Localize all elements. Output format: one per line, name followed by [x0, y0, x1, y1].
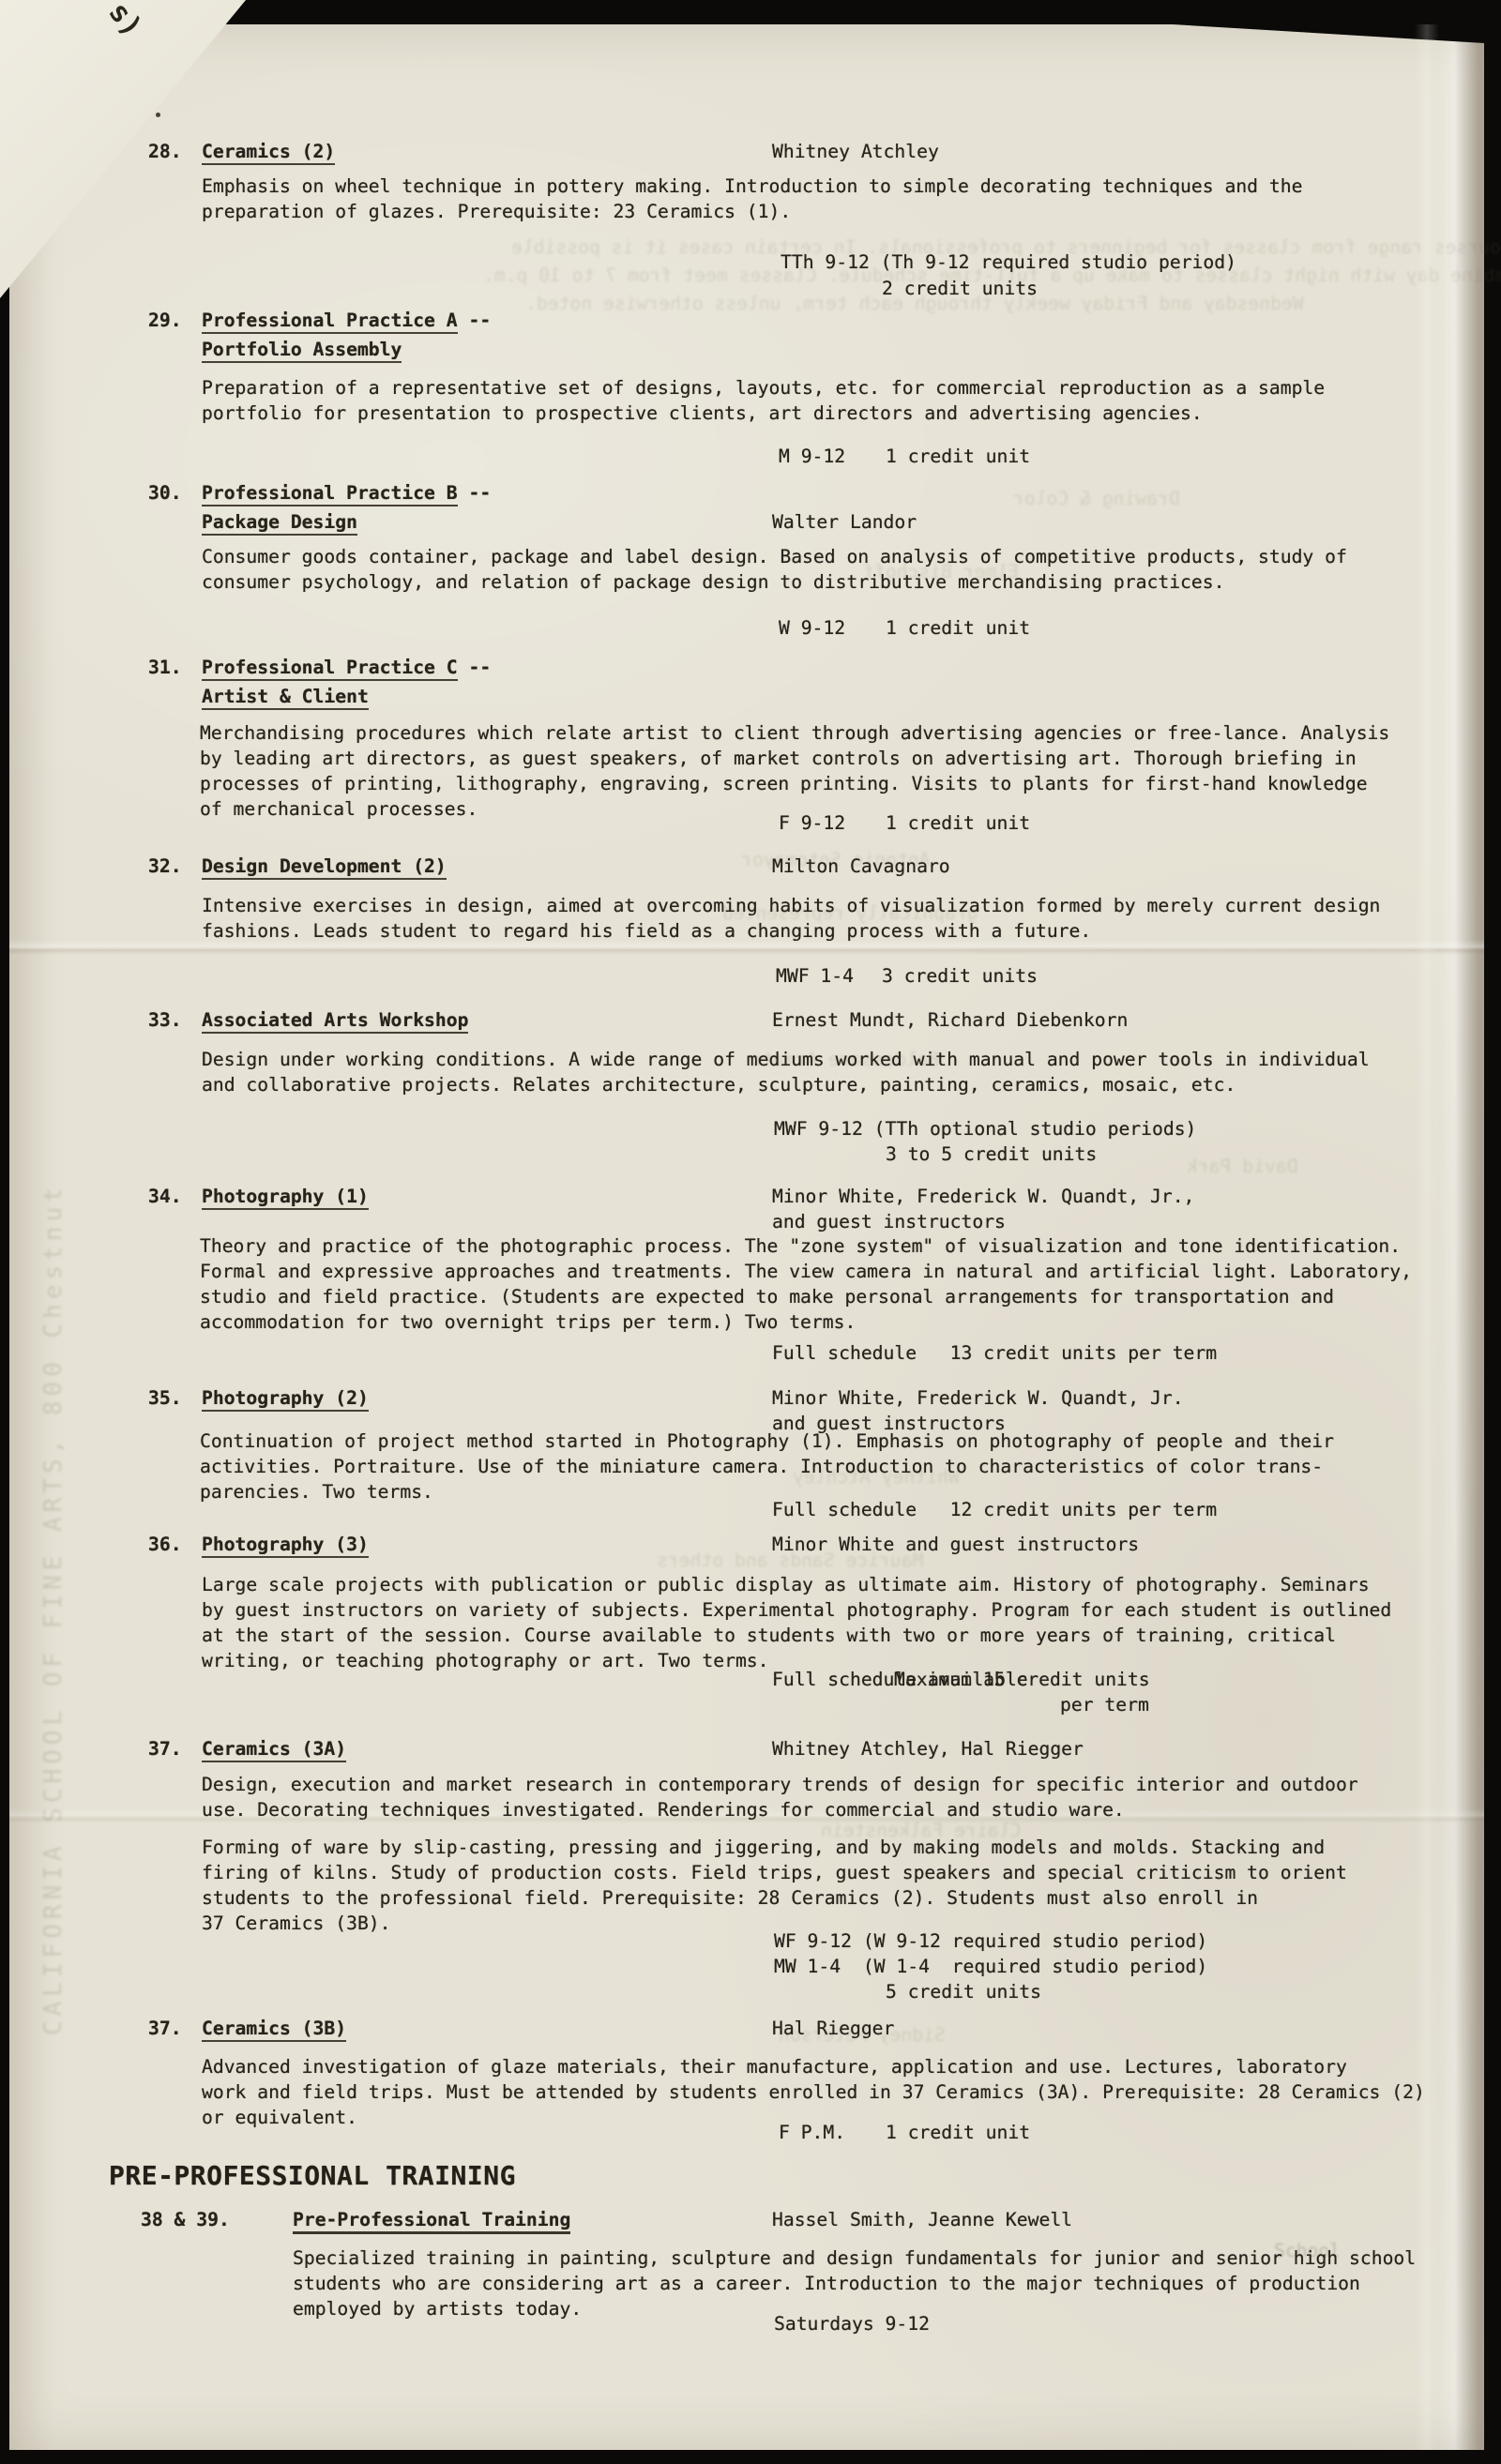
- course-number: 35.: [148, 1387, 182, 1411]
- course-schedule: Saturdays 9-12: [774, 2313, 930, 2336]
- course-credits: per term: [1060, 1694, 1149, 1717]
- course-title: Photography (1): [202, 1186, 369, 1209]
- course-number: 32.: [148, 855, 182, 879]
- course-subtitle: Portfolio Assembly: [202, 339, 402, 362]
- course-schedule: Full schedule 13 credit units per term: [772, 1342, 1217, 1366]
- course-subtitle: Package Design: [202, 511, 357, 535]
- course-credits: 1 credit unit: [886, 446, 1030, 469]
- course-instructor: Whitney Atchley: [772, 141, 939, 164]
- course-description-line: students who are considering art as a ca…: [293, 2273, 1360, 2296]
- course-description-line: of merchanical processes.: [200, 798, 478, 822]
- course-title: Pre-Professional Training: [293, 2209, 570, 2232]
- course-subtitle: Artist & Client: [202, 686, 369, 709]
- course-instructor: Hal Riegger: [772, 2018, 894, 2041]
- course-title: Professional Practice B --: [202, 482, 491, 506]
- course-instructor: Walter Landor: [772, 511, 917, 535]
- ink-speck: [156, 113, 160, 117]
- course-number: 34.: [148, 1186, 182, 1209]
- course-title: Ceramics (3A): [202, 1738, 346, 1761]
- course-instructor: and guest instructors: [772, 1211, 1006, 1234]
- course-number: 28.: [148, 141, 182, 164]
- course-description-line: fashions. Leads student to regard his fi…: [202, 920, 1091, 944]
- course-schedule: WF 9-12 (W 9-12 required studio period): [774, 1930, 1207, 1954]
- course-number: 38 & 39.: [141, 2209, 230, 2232]
- course-credits: 2 credit units: [882, 278, 1038, 301]
- course-description-line: activities. Portraiture. Use of the mini…: [200, 1456, 1323, 1479]
- course-credits: 3 to 5 credit units: [886, 1143, 1097, 1167]
- course-schedule: TTh 9-12 (Th 9-12 required studio period…: [781, 251, 1236, 275]
- course-title: Ceramics (3B): [202, 2018, 346, 2041]
- course-description-line: work and field trips. Must be attended b…: [202, 2081, 1425, 2105]
- section-heading: PRE-PROFESSIONAL TRAINING: [109, 2159, 516, 2192]
- course-description-line: Formal and expressive approaches and tre…: [200, 1261, 1412, 1284]
- course-description-line: Design, execution and market research in…: [202, 1774, 1358, 1797]
- course-number: 37.: [148, 1738, 182, 1761]
- course-description-line: studio and field practice. (Students are…: [200, 1286, 1334, 1309]
- course-credits: 5 credit units: [886, 1981, 1041, 2004]
- ghost-vertical-text: CALIFORNIA SCHOOL OF FINE ARTS, 800 Ches…: [39, 1183, 68, 2035]
- course-title: Photography (2): [202, 1387, 369, 1411]
- course-schedule: W 9-12: [779, 617, 845, 641]
- course-number: 30.: [148, 482, 182, 506]
- course-title: Photography (3): [202, 1534, 369, 1557]
- course-number: 29.: [148, 310, 182, 333]
- course-instructor: Minor White, Frederick W. Quandt, Jr.,: [772, 1186, 1194, 1209]
- ghost-text: Drawing & Color: [1013, 488, 1180, 509]
- course-title: Associated Arts Workshop: [202, 1009, 468, 1033]
- ghost-text: David Park: [1187, 1156, 1298, 1177]
- course-description-line: consumer psychology, and relation of pac…: [202, 571, 1224, 595]
- course-description-line: Specialized training in painting, sculpt…: [293, 2247, 1416, 2271]
- course-description-line: accommodation for two overnight trips pe…: [200, 1311, 856, 1335]
- course-credits: 1 credit unit: [886, 2122, 1030, 2145]
- course-description-line: employed by artists today.: [293, 2298, 582, 2321]
- course-title: Ceramics (2): [202, 141, 335, 164]
- course-description-line: firing of kilns. Study of production cos…: [202, 1862, 1347, 1885]
- course-schedule: MWF 9-12 (TTh optional studio periods): [774, 1118, 1196, 1141]
- course-credits: 1 credit unit: [886, 812, 1030, 836]
- course-description-line: students to the professional field. Prer…: [202, 1887, 1258, 1911]
- course-description-line: Intensive exercises in design, aimed at …: [202, 895, 1380, 918]
- course-description-line: by guest instructors on variety of subje…: [202, 1599, 1391, 1623]
- course-description-line: use. Decorating techniques investigated.…: [202, 1799, 1125, 1822]
- course-schedule: F P.M.: [779, 2122, 845, 2145]
- course-description-line: portfolio for presentation to prospectiv…: [202, 402, 1203, 426]
- course-description-line: preparation of glazes. Prerequisite: 23 …: [202, 201, 791, 224]
- course-description-line: and collaborative projects. Relates arch…: [202, 1074, 1236, 1097]
- course-description-line: Preparation of a representative set of d…: [202, 377, 1325, 401]
- course-description-line: Consumer goods container, package and la…: [202, 546, 1347, 569]
- course-description-line: 37 Ceramics (3B).: [202, 1912, 391, 1936]
- course-schedule: F 9-12: [779, 812, 845, 836]
- course-number: 36.: [148, 1534, 182, 1557]
- course-description-line: writing, or teaching photography or art.…: [202, 1650, 769, 1673]
- course-description-line: by leading art directors, as guest speak…: [200, 748, 1357, 771]
- course-title: Professional Practice C --: [202, 657, 491, 680]
- course-description-line: Design under working conditions. A wide …: [202, 1049, 1370, 1072]
- course-number: 33.: [148, 1009, 182, 1033]
- course-description-line: Emphasis on wheel technique in pottery m…: [202, 175, 1302, 199]
- course-number: 37.: [148, 2018, 182, 2041]
- course-instructor: Minor White and guest instructors: [772, 1534, 1139, 1557]
- course-title: Design Development (2): [202, 855, 447, 879]
- course-description-line: Continuation of project method started i…: [200, 1430, 1334, 1454]
- course-description-line: or equivalent.: [202, 2107, 357, 2130]
- scanned-catalog-page: Courses range from classes for beginners…: [0, 0, 1501, 2464]
- course-schedule: M 9-12: [779, 446, 845, 469]
- course-title: Professional Practice A --: [202, 310, 491, 333]
- course-credits: 1 credit unit: [886, 617, 1030, 641]
- course-credits: 3 credit units: [882, 965, 1038, 989]
- course-description-line: Large scale projects with publication or…: [202, 1574, 1370, 1597]
- course-instructor: Hassel Smith, Jeanne Kewell: [772, 2209, 1072, 2232]
- corner-handwriting: s): [101, 0, 148, 43]
- course-schedule: MW 1-4 (W 1-4 required studio period): [774, 1956, 1207, 1979]
- course-instructor: Ernest Mundt, Richard Diebenkorn: [772, 1009, 1128, 1033]
- course-description-line: parencies. Two terms.: [200, 1481, 433, 1504]
- course-description-line: at the start of the session. Course avai…: [202, 1625, 1336, 1648]
- course-description-line: Forming of ware by slip-casting, pressin…: [202, 1837, 1325, 1860]
- course-schedule: Full schedule 12 credit units per term: [772, 1499, 1217, 1522]
- course-description-line: Theory and practice of the photographic …: [200, 1235, 1401, 1259]
- course-schedule: MWF 1-4: [776, 965, 854, 989]
- course-description-line: processes of printing, lithography, engr…: [200, 773, 1368, 796]
- course-description-line: Advanced investigation of glaze material…: [202, 2056, 1347, 2079]
- course-instructor: Milton Cavagnaro: [772, 855, 950, 879]
- course-number: 31.: [148, 657, 182, 680]
- course-instructor: Whitney Atchley, Hal Riegger: [772, 1738, 1084, 1761]
- course-description-line: Merchandising procedures which relate ar…: [200, 722, 1389, 746]
- course-credits: Maximum 15 credit units: [894, 1669, 1150, 1692]
- course-instructor: Minor White, Frederick W. Quandt, Jr.: [772, 1387, 1184, 1411]
